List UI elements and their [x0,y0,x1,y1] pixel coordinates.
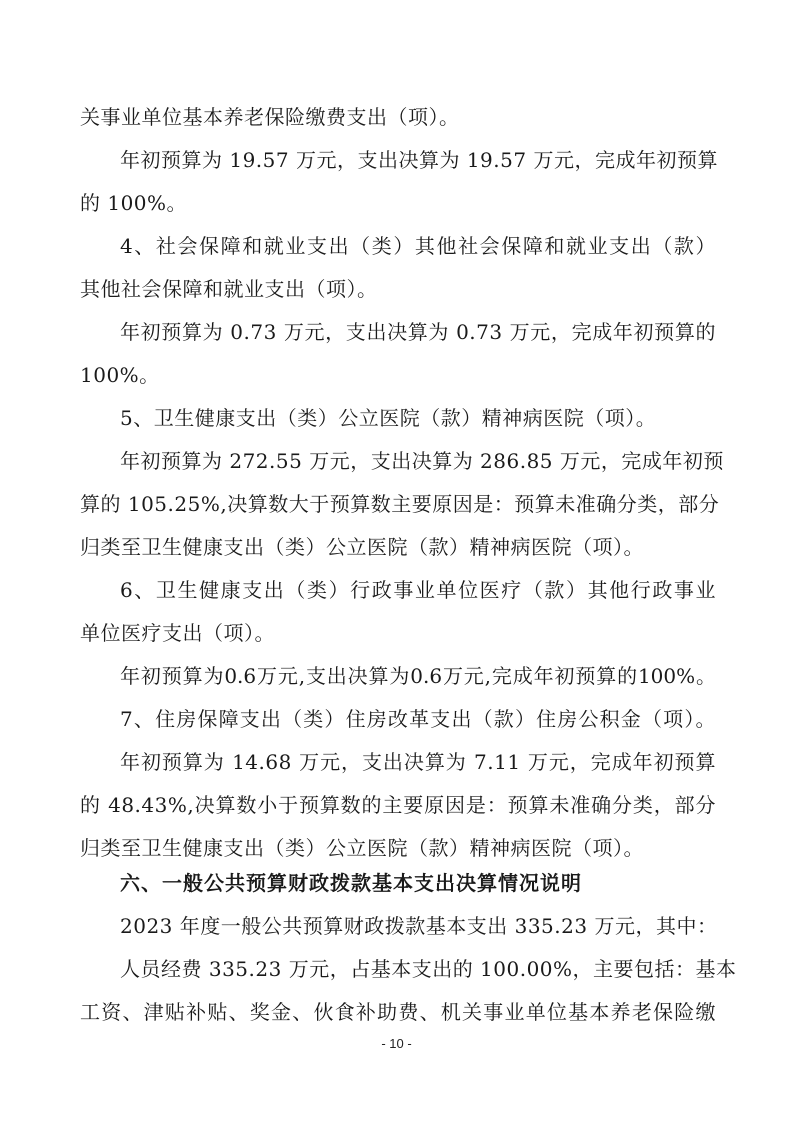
paragraph-line: 算的 105.25%,决算数大于预算数主要原因是：预算未准确分类，部分 [80,489,716,519]
paragraph-line: 年初预算为 19.57 万元，支出决算为 19.57 万元，完成年初预算 [120,145,716,175]
paragraph-line: 单位医疗支出（项）。 [80,618,716,648]
paragraph-line: 其他社会保障和就业支出（项）。 [80,274,716,304]
paragraph-line: 年初预算为 0.73 万元，支出决算为 0.73 万元，完成年初预算的 [120,317,716,347]
paragraph-line: 工资、津贴补贴、奖金、伙食补助费、机关事业单位基本养老保险缴 [80,997,716,1027]
paragraph-line: 6、卫生健康支出（类）行政事业单位医疗（款）其他行政事业 [120,575,716,605]
paragraph-line: 7、住房保障支出（类）住房改革支出（款）住房公积金（项）。 [120,704,716,734]
paragraph-line: 归类至卫生健康支出（类）公立医院（款）精神病医院（项）。 [80,833,716,863]
paragraph-line: 5、卫生健康支出（类）公立医院（款）精神病医院（项）。 [120,403,716,433]
paragraph-line: 的 100%。 [80,188,716,218]
paragraph-line: 人员经费 335.23 万元，占基本支出的 100.00%，主要包括：基本 [120,954,716,984]
paragraph-line: 的 48.43%,决算数小于预算数的主要原因是：预算未准确分类，部分 [80,790,716,820]
paragraph-line: 年初预算为 14.68 万元，支出决算为 7.11 万元，完成年初预算 [120,747,716,777]
paragraph-line: 2023 年度一般公共预算财政拨款基本支出 335.23 万元，其中： [120,911,716,941]
paragraph-line: 关事业单位基本养老保险缴费支出（项）。 [80,102,716,132]
paragraph-line: 100%。 [80,360,716,390]
paragraph-line: 年初预算为0.6万元,支出决算为0.6万元,完成年初预算的100%。 [120,661,716,691]
document-page: 关事业单位基本养老保险缴费支出（项）。 年初预算为 19.57 万元，支出决算为… [0,0,793,1122]
page-number: - 10 - [0,1036,793,1051]
paragraph-line: 年初预算为 272.55 万元，支出决算为 286.85 万元，完成年初预 [120,446,716,476]
section-heading: 六、一般公共预算财政拨款基本支出决算情况说明 [120,868,716,898]
paragraph-line: 4、社会保障和就业支出（类）其他社会保障和就业支出（款） [120,231,716,261]
paragraph-line: 归类至卫生健康支出（类）公立医院（款）精神病医院（项）。 [80,532,716,562]
